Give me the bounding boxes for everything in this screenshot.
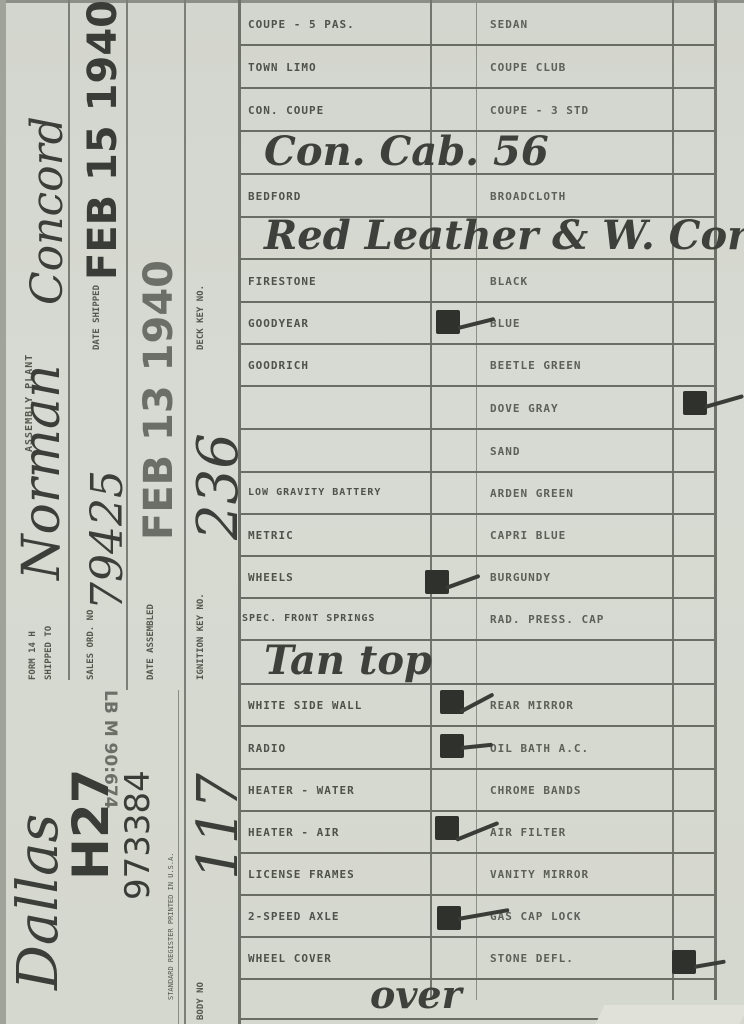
handwritten-row-top: Tan top [240,641,714,685]
handwritten-note: Red Leather & W. Cord [264,212,744,259]
date-assembled-label: DATE ASSEMBLED [146,604,156,680]
option-label: COUPE - 5 PAS. [248,18,355,31]
option-label: RAD. PRESS. CAP [490,613,604,626]
table-row: FIRESTONE BLACK [240,260,714,303]
table-row: SAND [240,430,714,473]
table-row: RADIO OIL BATH A.C. [240,727,714,770]
option-label: METRIC [248,529,294,542]
option-label: ARDEN GREEN [490,487,574,500]
option-label: LOW GRAVITY BATTERY [248,487,381,498]
stub-rule-4 [178,690,179,1024]
body-code: H27 [62,769,120,880]
option-label: WHEEL COVER [248,952,332,965]
shipped-to-value: Norman [12,365,72,580]
option-label: COUPE - 3 STD [490,104,589,117]
option-label: GOODYEAR [248,317,309,330]
checkmark-goodyear [436,310,460,334]
table-row: LOW GRAVITY BATTERY ARDEN GREEN [240,473,714,515]
option-label: 2-SPEED AXLE [248,910,339,923]
handwritten-note: Tan top [264,637,432,684]
option-label: CAPRI BLUE [490,529,566,542]
option-label: CON. COUPE [248,104,324,117]
shipped-to-label: SHIPPED TO [44,626,54,680]
table-row: GOODRICH BEETLE GREEN [240,345,714,387]
table-row: DOVE GRAY [240,387,714,430]
option-label: FIRESTONE [248,275,317,288]
table-row: TOWN LIMO COUPE CLUB [240,46,714,89]
option-label: AIR FILTER [490,826,566,839]
table-row: CON. COUPE COUPE - 3 STD [240,89,714,132]
date-shipped-label: DATE SHIPPED [92,285,102,350]
serial-number: 973384 [118,770,158,900]
checkmark-wheels [425,570,449,594]
sales-ord-label: SALES ORD. NO [86,610,96,680]
table-row: METRIC CAPRI BLUE [240,515,714,557]
table-row: WHEEL COVER STONE DEFL. [240,938,714,980]
option-label: BLACK [490,275,528,288]
option-label: WHEELS [248,571,294,584]
option-label: RADIO [248,742,286,755]
assembly-plant-value: Concord [22,116,73,305]
option-label: GOODRICH [248,359,309,372]
handwritten-note: over [370,972,462,1017]
table-row: COUPE - 5 PAS. SEDAN [240,2,714,46]
printer-line: STANDARD REGISTER PRINTED IN U.S.A. [166,852,176,1000]
option-label: SEDAN [490,18,528,31]
checkmark-heater-air [435,816,459,840]
option-label: BROADCLOTH [490,190,566,203]
form-label: FORM 14 H [28,631,38,680]
option-label: COUPE CLUB [490,61,566,74]
card-tear [596,1005,744,1024]
option-label: REAR MIRROR [490,699,574,712]
option-label: WHITE SIDE WALL [248,699,362,712]
option-label: SAND [490,445,521,458]
table-row: SPEC. FRONT SPRINGS RAD. PRESS. CAP [240,599,714,641]
option-label: HEATER - WATER [248,784,355,797]
handwritten-row-model: Con. Cab. 56 [240,132,714,175]
option-label: BEETLE GREEN [490,359,581,372]
option-label: BURGUNDY [490,571,551,584]
checkmark-stone-defl [672,950,696,974]
option-label: DOVE GRAY [490,402,559,415]
build-record-card: ASSEMBLY PLANT Concord Norman FORM 14 H … [0,0,744,1024]
table-row: HEATER - WATER CHROME BANDS [240,770,714,812]
table-row: WHITE SIDE WALL REAR MIRROR [240,685,714,727]
checkmark-dove-gray [683,391,707,415]
option-label: SPEC. FRONT SPRINGS [242,613,375,624]
option-label: LICENSE FRAMES [248,868,355,881]
option-label: CHROME BANDS [490,784,581,797]
handwritten-note: Con. Cab. 56 [264,128,549,175]
grid-border-right [714,0,717,1000]
option-label: OIL BATH A.C. [490,742,589,755]
option-label: STONE DEFL. [490,952,574,965]
option-label: TOWN LIMO [248,61,317,74]
date-assembled-value: FEB 13 1940 [136,260,182,540]
option-label: BEDFORD [248,190,301,203]
ignition-key-label: IGNITION KEY NO. [196,593,206,680]
date-shipped-value: FEB 15 1940 [80,0,126,280]
option-label: HEATER - AIR [248,826,339,839]
handwritten-row-trim: Red Leather & W. Cord [240,218,714,260]
table-row: LICENSE FRAMES VANITY MIRROR [240,854,714,896]
deck-key-label: DECK KEY NO. [196,285,206,350]
sales-ord-value: 79425 [82,470,133,610]
body-no-label: BODY NO [196,982,206,1020]
option-label: VANITY MIRROR [490,868,589,881]
